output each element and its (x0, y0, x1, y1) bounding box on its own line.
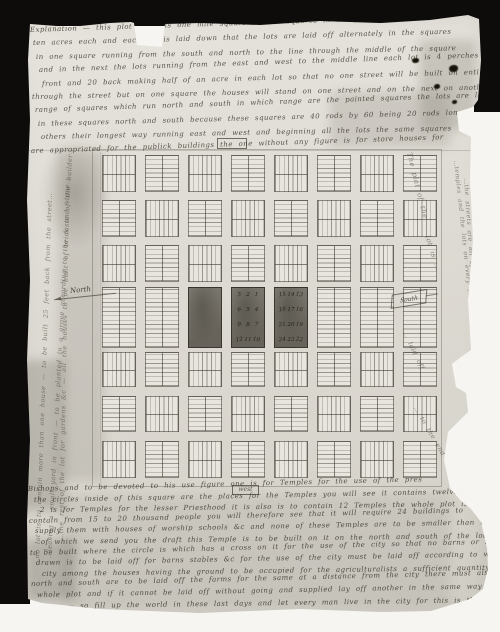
block-middle-line (162, 156, 163, 191)
south-flag-outline: South (391, 289, 428, 309)
south-marker: South (391, 292, 441, 312)
city-block (231, 396, 265, 432)
city-block (317, 155, 351, 192)
temple-block: 321654987121110 (231, 287, 265, 348)
backdrop-left (0, 0, 30, 604)
block-middle-line (361, 264, 393, 265)
block-middle-line (377, 288, 378, 347)
city-block (231, 200, 265, 237)
block-middle-line (162, 442, 163, 477)
temple-block: 151413181716212019242322 (274, 287, 308, 348)
block-middle-line (377, 397, 378, 431)
block-middle-line (103, 460, 135, 461)
city-block (403, 441, 437, 478)
block-middle-line (291, 201, 292, 236)
temple-lot-number: 15 (278, 291, 287, 298)
block-middle-line (189, 460, 221, 461)
block-middle-line (232, 414, 264, 415)
block-middle-line (318, 414, 350, 415)
drawn-box-empty (217, 138, 247, 149)
city-block (188, 200, 222, 237)
city-block (231, 441, 265, 478)
south-label: South (400, 294, 418, 304)
city-block (188, 441, 222, 478)
city-block (145, 155, 179, 192)
block-middle-line (248, 246, 249, 281)
block-middle-line (205, 201, 206, 236)
block-middle-line (162, 288, 163, 347)
temple-lot-number: 22 (295, 336, 304, 343)
city-block (360, 441, 394, 478)
temple-lot-number: 6 (235, 306, 244, 313)
city-block (145, 441, 179, 478)
city-block (274, 352, 308, 387)
block-middle-line (318, 219, 350, 220)
city-block (317, 352, 351, 387)
city-block (360, 352, 394, 387)
temple-lot-number: 10 (252, 336, 261, 343)
city-block (360, 200, 394, 237)
block-middle-line (232, 219, 264, 220)
temple-lot-numbers: 321654987121110 (235, 292, 261, 343)
block-middle-line (103, 264, 135, 265)
city-block (145, 352, 179, 387)
block-middle-line (189, 264, 221, 265)
block-middle-line (361, 460, 393, 461)
city-block (317, 245, 351, 282)
city-block (145, 287, 179, 348)
city-block (145, 396, 179, 432)
block-middle-line (334, 442, 335, 477)
block-middle-line (420, 442, 421, 477)
block-middle-line (334, 246, 335, 281)
block-middle-line (146, 219, 178, 220)
city-block (102, 441, 136, 478)
temple-lot-number: 12 (235, 336, 244, 343)
ink-blot (412, 58, 419, 63)
city-block (145, 245, 179, 282)
block-middle-line (248, 442, 249, 477)
block-middle-line (275, 264, 307, 265)
city-block (102, 396, 136, 432)
block-middle-line (334, 156, 335, 191)
city-block (231, 245, 265, 282)
city-block (274, 155, 308, 192)
north-marker: North (62, 286, 122, 306)
city-block (360, 155, 394, 192)
city-block (102, 200, 136, 237)
city-block (231, 352, 265, 387)
block-middle-line (162, 353, 163, 386)
temple-lot-number: 4 (252, 306, 261, 313)
city-block (145, 200, 179, 237)
block-middle-line (275, 370, 307, 371)
block-middle-line (361, 370, 393, 371)
city-block (231, 155, 265, 192)
north-label: North (70, 285, 92, 295)
block-middle-line (103, 370, 135, 371)
block-middle-line (103, 174, 135, 175)
temple-lot-number: 24 (278, 336, 287, 343)
ink-blot (452, 100, 457, 104)
block-middle-line (377, 201, 378, 236)
city-block (188, 396, 222, 432)
temple-lot-number: 18 (278, 306, 287, 313)
city-block (274, 200, 308, 237)
temple-lot-number: 16 (295, 306, 304, 313)
block-middle-line (275, 460, 307, 461)
city-block (274, 396, 308, 432)
drawn-box-word: west (232, 485, 259, 495)
city-block (360, 287, 394, 348)
temple-lot-number: 7 (252, 321, 261, 328)
city-block (102, 352, 136, 387)
block-middle-line (420, 246, 421, 281)
city-block (317, 287, 351, 348)
city-block (274, 245, 308, 282)
city-block (188, 245, 222, 282)
block-middle-line (119, 201, 120, 236)
city-block (317, 200, 351, 237)
manuscript-paper: Explanation — this plot contains one mil… (0, 0, 500, 632)
block-middle-line (205, 397, 206, 431)
temple-lot-numbers: 151413181716212019242322 (278, 292, 304, 343)
block-middle-line (275, 174, 307, 175)
block-middle-line (248, 353, 249, 386)
city-block (102, 155, 136, 192)
temple-lot-number: 9 (235, 321, 244, 328)
temple-lot-number: 21 (278, 321, 287, 328)
handwritten-line: — so fill up the world in these last day… (67, 596, 500, 610)
temple-block (188, 287, 222, 348)
temple-lot-number: 13 (295, 291, 304, 298)
scanned-manuscript-page: { "artifact": { "colors": { "backdrop": … (0, 0, 500, 632)
block-middle-line (119, 397, 120, 431)
ink-blot (434, 84, 440, 89)
block-middle-line (189, 174, 221, 175)
boxed-word: west (238, 486, 252, 493)
city-block (360, 396, 394, 432)
city-block (317, 396, 351, 432)
city-block (188, 352, 222, 387)
block-middle-line (291, 397, 292, 431)
city-block (317, 441, 351, 478)
block-middle-line (334, 353, 335, 386)
ink-blot (449, 65, 458, 72)
temple-lot-number: 3 (235, 291, 244, 298)
block-middle-line (334, 288, 335, 347)
temple-lot-number: 1 (252, 291, 261, 298)
city-block (274, 441, 308, 478)
block-middle-line (361, 174, 393, 175)
block-middle-line (146, 414, 178, 415)
block-middle-line (162, 246, 163, 281)
city-block (188, 155, 222, 192)
block-middle-line (189, 370, 221, 371)
block-middle-line (248, 156, 249, 191)
temple-lot-number: 19 (295, 321, 304, 328)
city-block (102, 245, 136, 282)
city-block (360, 245, 394, 282)
